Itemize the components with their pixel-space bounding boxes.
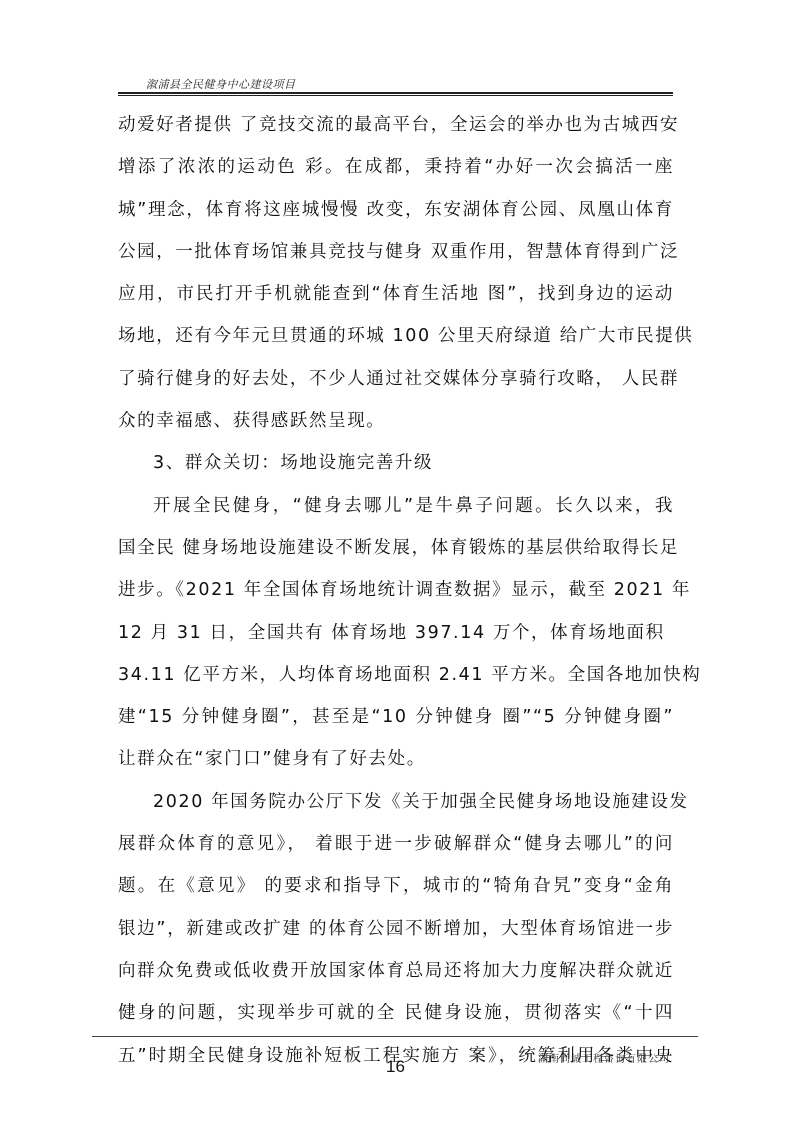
text-line: 进步。《2021 年全国体育场地统计调查数据》显示，截至 2021 年 (118, 569, 674, 611)
text-line: 了骑行健身的好去处，不少人通过社交媒体分享骑行攻略， 人民群 (118, 358, 674, 400)
page-number: 16 (386, 1057, 405, 1077)
text-line: 让群众在“家门口”健身有了好去处。 (118, 738, 674, 780)
text-line: 向群众免费或低收费开放国家体育总局还将加大力度解决群众就近 (118, 950, 674, 992)
header-rule-thin (118, 95, 673, 96)
text-line: 12 月 31 日，全国共有 体育场地 397.14 万个，体育场地面积 (118, 612, 674, 654)
footer-company: 湖南尚诚工程咨询有限公司 (538, 1050, 670, 1065)
text-line: 场地，还有今年元旦贯通的环城 100 公里天府绿道 给广大市民提供 (118, 315, 674, 357)
text-line: 建“15 分钟健身圈”，甚至是“10 分钟健身 圈”“5 分钟健身圈” (118, 696, 674, 738)
text-line: 众的幸福感、获得感跃然呈现。 (118, 400, 674, 442)
header-rule (118, 92, 673, 94)
footer-rule (92, 1036, 698, 1037)
body-text: 动爱好者提供 了竞技交流的最高平台，全运会的举办也为古城西安增添了浓浓的运动色 … (118, 104, 674, 1077)
text-line: 34.11 亿平方米，人均体育场地面积 2.41 平方米。全国各地加快构 (118, 654, 674, 696)
text-line: 动爱好者提供 了竞技交流的最高平台，全运会的举办也为古城西安 (118, 104, 674, 146)
text-line: 2020 年国务院办公厅下发《关于加强全民健身场地设施建设发 (118, 781, 674, 823)
text-line: 增添了浓浓的运动色 彩。在成都，秉持着“办好一次会搞活一座 (118, 146, 674, 188)
text-line: 银边”，新建或改扩建 的体育公园不断增加，大型体育场馆进一步 (118, 908, 674, 950)
text-line: 健身的问题，实现举步可就的全 民健身设施，贯彻落实《“十四 (118, 992, 674, 1034)
text-line: 国全民 健身场地设施建设不断发展，体育锻炼的基层供给取得长足 (118, 527, 674, 569)
text-line: 题。在《意见》 的要求和指导下，城市的“犄角旮旯”变身“金角 (118, 865, 674, 907)
header-title: 溆浦县全民健身中心建设项目 (146, 76, 296, 92)
text-line: 3、群众关切：场地设施完善升级 (118, 442, 674, 484)
text-line: 开展全民健身，“健身去哪儿”是牛鼻子问题。长久以来，我 (118, 485, 674, 527)
text-line: 城”理念，体育将这座城慢慢 改变，东安湖体育公园、凤凰山体育 (118, 189, 674, 231)
text-line: 公园，一批体育场馆兼具竞技与健身 双重作用，智慧体育得到广泛 (118, 231, 674, 273)
text-line: 展群众体育的意见》， 着眼于进一步破解群众“健身去哪儿”的问 (118, 823, 674, 865)
text-line: 应用，市民打开手机就能查到“体育生活地 图”，找到身边的运动 (118, 273, 674, 315)
